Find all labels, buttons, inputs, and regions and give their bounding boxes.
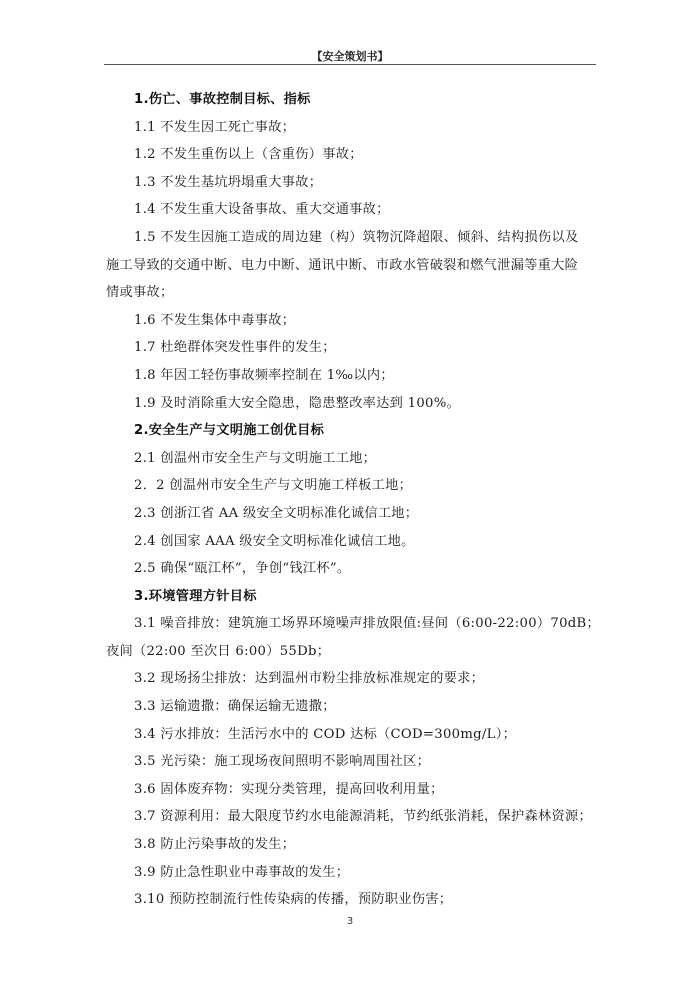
list-item: 3.3 运输遗撒：确保运输无遗撒； <box>106 693 598 721</box>
page-number: 3 <box>0 916 700 927</box>
list-item: 3.1 噪音排放：建筑施工场界环境噪声排放限值:昼间（6:00-22:00）70… <box>106 610 598 638</box>
list-item: 2.4 创国家 AAA 级安全文明标准化诚信工地。 <box>106 528 598 556</box>
list-item: 1.8 年因工轻伤事故频率控制在 1‰以内； <box>106 362 598 390</box>
list-item: 1.9 及时消除重大安全隐患，隐患整改率达到 100%。 <box>106 390 598 418</box>
list-item: 2．2 创温州市安全生产与文明施工样板工地； <box>106 472 598 500</box>
section-heading-1: 1.伤亡、事故控制目标、指标 <box>106 86 598 114</box>
list-item-continuation: 情或事故； <box>106 279 598 307</box>
list-item: 3.9 防止急性职业中毒事故的发生； <box>106 859 598 887</box>
list-item: 3.2 现场扬尘排放：达到温州市粉尘排放标准规定的要求； <box>106 665 598 693</box>
list-item: 2.1 创温州市安全生产与文明施工工地； <box>106 445 598 473</box>
list-item: 3.7 资源利用：最大限度节约水电能源消耗，节约纸张消耗，保护森林资源； <box>106 803 598 831</box>
list-item: 3.5 光污染：施工现场夜间照明不影响周围社区； <box>106 748 598 776</box>
list-item: 1.5 不发生因施工造成的周边建（构）筑物沉降超限、倾斜、结构损伤以及 <box>106 224 598 252</box>
section-heading-2: 2.安全生产与文明施工创优目标 <box>106 417 598 445</box>
list-item: 3.8 防止污染事故的发生； <box>106 831 598 859</box>
list-item-continuation: 夜间（22:00 至次日 6:00）55Db； <box>106 638 598 666</box>
list-item: 1.7 杜绝群体突发性事件的发生； <box>106 334 598 362</box>
section-heading-3: 3.环境管理方针目标 <box>106 583 598 611</box>
list-item: 3.6 固体废弃物：实现分类管理，提高回收利用量； <box>106 776 598 804</box>
list-item: 3.4 污水排放：生活污水中的 COD 达标（COD=300mg/L）； <box>106 721 598 749</box>
document-header-title: 【安全策划书】 <box>0 48 700 64</box>
list-item: 1.1 不发生因工死亡事故； <box>106 114 598 142</box>
list-item-continuation: 施工导致的交通中断、电力中断、通讯中断、市政水管破裂和燃气泄漏等重大险 <box>106 252 598 280</box>
list-item: 2.5 确保“瓯江杯”，争创“钱江杯”。 <box>106 555 598 583</box>
list-item: 1.4 不发生重大设备事故、重大交通事故； <box>106 196 598 224</box>
header-divider <box>104 64 596 65</box>
document-body: 1.伤亡、事故控制目标、指标 1.1 不发生因工死亡事故； 1.2 不发生重伤以… <box>106 86 598 914</box>
list-item: 2.3 创浙江省 AA 级安全文明标准化诚信工地； <box>106 500 598 528</box>
list-item: 1.3 不发生基坑坍塌重大事故； <box>106 169 598 197</box>
list-item: 3.10 预防控制流行性传染病的传播，预防职业伤害； <box>106 886 598 914</box>
list-item: 1.2 不发生重伤以上（含重伤）事故； <box>106 141 598 169</box>
list-item: 1.6 不发生集体中毒事故； <box>106 307 598 335</box>
